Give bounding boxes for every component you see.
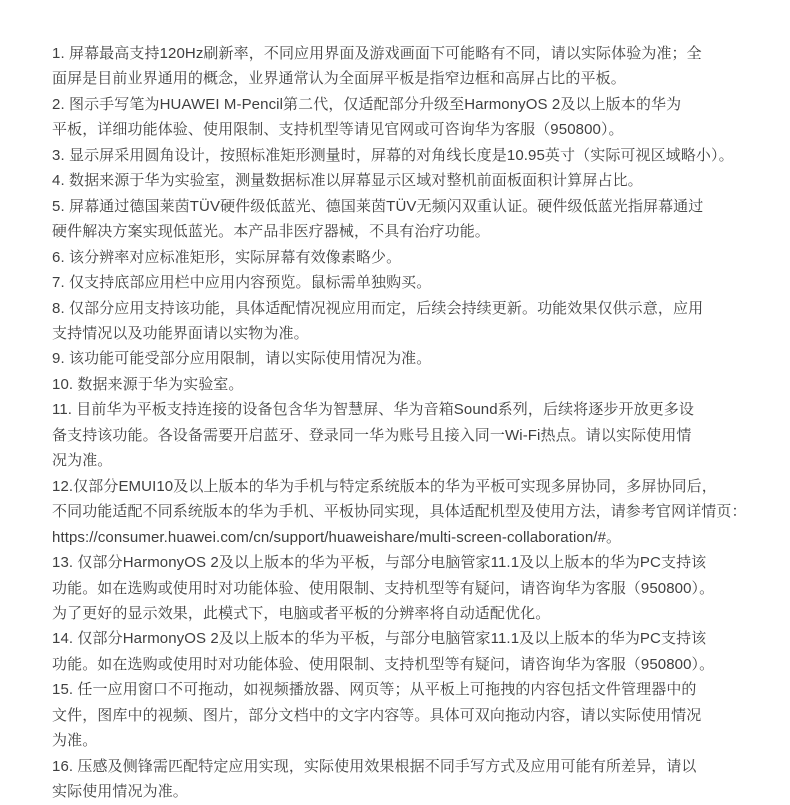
footnote-item-9: 9. 该功能可能受部分应用限制，请以实际使用情况为准。 — [52, 346, 752, 371]
footnote-line: 15. 任一应用窗口不可拖动，如视频播放器、网页等；从平板上可拖拽的内容包括文件… — [52, 677, 752, 702]
footnote-line: 为准。 — [52, 728, 752, 753]
footnote-line: 况为准。 — [52, 448, 752, 473]
footnote-line: 硬件解决方案实现低蓝光。本产品非医疗器械，不具有治疗功能。 — [52, 219, 752, 244]
footnote-line: 6. 该分辨率对应标准矩形，实际屏幕有效像素略少。 — [52, 245, 752, 270]
footnote-line: 实际使用情况为准。 — [52, 779, 752, 804]
footnote-item-13: 13. 仅部分HarmonyOS 2及以上版本的华为平板，与部分电脑管家11.1… — [52, 550, 752, 626]
footnote-item-2: 2. 图示手写笔为HUAWEI M-Pencil第二代，仅适配部分升级至Harm… — [52, 92, 752, 143]
footnote-line: 5. 屏幕通过德国莱茵TÜV硬件级低蓝光、德国莱茵TÜV无频闪双重认证。硬件级低… — [52, 194, 752, 219]
footnote-item-8: 8. 仅部分应用支持该功能，具体适配情况视应用而定，后续会持续更新。功能效果仅供… — [52, 296, 752, 347]
footnote-line: 11. 目前华为平板支持连接的设备包含华为智慧屏、华为音箱Sound系列，后续将… — [52, 397, 752, 422]
footnote-line: 功能。如在选购或使用时对功能体验、使用限制、支持机型等有疑问，请咨询华为客服（9… — [52, 576, 752, 601]
footnote-line: 1. 屏幕最高支持120Hz刷新率，不同应用界面及游戏画面下可能略有不同，请以实… — [52, 41, 752, 66]
footnote-line: 10. 数据来源于华为实验室。 — [52, 372, 752, 397]
footnote-item-3: 3. 显示屏采用圆角设计，按照标准矩形测量时，屏幕的对角线长度是10.95英寸（… — [52, 143, 752, 168]
footnote-line: 8. 仅部分应用支持该功能，具体适配情况视应用而定，后续会持续更新。功能效果仅供… — [52, 296, 752, 321]
footnote-item-15: 15. 任一应用窗口不可拖动，如视频播放器、网页等；从平板上可拖拽的内容包括文件… — [52, 677, 752, 753]
footnote-line: 不同功能适配不同系统版本的华为手机、平板协同实现，具体适配机型及使用方法，请参考… — [52, 499, 752, 524]
footnote-line: 2. 图示手写笔为HUAWEI M-Pencil第二代，仅适配部分升级至Harm… — [52, 92, 752, 117]
footnote-line: 4. 数据来源于华为实验室，测量数据标准以屏幕显示区域对整机前面板面积计算屏占比… — [52, 168, 752, 193]
footnote-line: 功能。如在选购或使用时对功能体验、使用限制、支持机型等有疑问，请咨询华为客服（9… — [52, 652, 752, 677]
footnote-line: 支持情况以及功能界面请以实物为准。 — [52, 321, 752, 346]
footnote-line: 12.仅部分EMUI10及以上版本的华为手机与特定系统版本的华为平板可实现多屏协… — [52, 474, 752, 499]
footnote-line: 9. 该功能可能受部分应用限制，请以实际使用情况为准。 — [52, 346, 752, 371]
footnote-line: 为了更好的显示效果，此模式下，电脑或者平板的分辨率将自动适配优化。 — [52, 601, 752, 626]
footnote-item-6: 6. 该分辨率对应标准矩形，实际屏幕有效像素略少。 — [52, 245, 752, 270]
footnote-line: 平板，详细功能体验、使用限制、支持机型等请见官网或可咨询华为客服（950800）… — [52, 117, 752, 142]
footnote-line: 13. 仅部分HarmonyOS 2及以上版本的华为平板，与部分电脑管家11.1… — [52, 550, 752, 575]
footnote-line: 备支持该功能。各设备需要开启蓝牙、登录同一华为账号且接入同一Wi-Fi热点。请以… — [52, 423, 752, 448]
footnote-item-12: 12.仅部分EMUI10及以上版本的华为手机与特定系统版本的华为平板可实现多屏协… — [52, 474, 752, 550]
footnote-list: 1. 屏幕最高支持120Hz刷新率，不同应用界面及游戏画面下可能略有不同，请以实… — [52, 41, 752, 805]
footnote-line: 面屏是目前业界通用的概念，业界通常认为全面屏平板是指窄边框和高屏占比的平板。 — [52, 66, 752, 91]
footnote-line: 14. 仅部分HarmonyOS 2及以上版本的华为平板，与部分电脑管家11.1… — [52, 626, 752, 651]
footnote-item-7: 7. 仅支持底部应用栏中应用内容预览。鼠标需单独购买。 — [52, 270, 752, 295]
footnote-item-16: 16. 压感及侧锋需匹配特定应用实现，实际使用效果根据不同手写方式及应用可能有所… — [52, 754, 752, 805]
footnote-item-10: 10. 数据来源于华为实验室。 — [52, 372, 752, 397]
footnote-line: 3. 显示屏采用圆角设计，按照标准矩形测量时，屏幕的对角线长度是10.95英寸（… — [52, 143, 752, 168]
footnote-line: 16. 压感及侧锋需匹配特定应用实现，实际使用效果根据不同手写方式及应用可能有所… — [52, 754, 752, 779]
footnote-item-4: 4. 数据来源于华为实验室，测量数据标准以屏幕显示区域对整机前面板面积计算屏占比… — [52, 168, 752, 193]
footnote-item-1: 1. 屏幕最高支持120Hz刷新率，不同应用界面及游戏画面下可能略有不同，请以实… — [52, 41, 752, 92]
footnote-line: 文件，图库中的视频、图片，部分文档中的文字内容等。具体可双向拖动内容，请以实际使… — [52, 703, 752, 728]
footnote-item-14: 14. 仅部分HarmonyOS 2及以上版本的华为平板，与部分电脑管家11.1… — [52, 626, 752, 677]
disclaimer-page: 1. 屏幕最高支持120Hz刷新率，不同应用界面及游戏画面下可能略有不同，请以实… — [0, 0, 790, 805]
footnote-line: 7. 仅支持底部应用栏中应用内容预览。鼠标需单独购买。 — [52, 270, 752, 295]
footnote-item-5: 5. 屏幕通过德国莱茵TÜV硬件级低蓝光、德国莱茵TÜV无频闪双重认证。硬件级低… — [52, 194, 752, 245]
footnote-item-11: 11. 目前华为平板支持连接的设备包含华为智慧屏、华为音箱Sound系列，后续将… — [52, 397, 752, 473]
support-url-text: https://consumer.huawei.com/cn/support/h… — [52, 525, 752, 550]
